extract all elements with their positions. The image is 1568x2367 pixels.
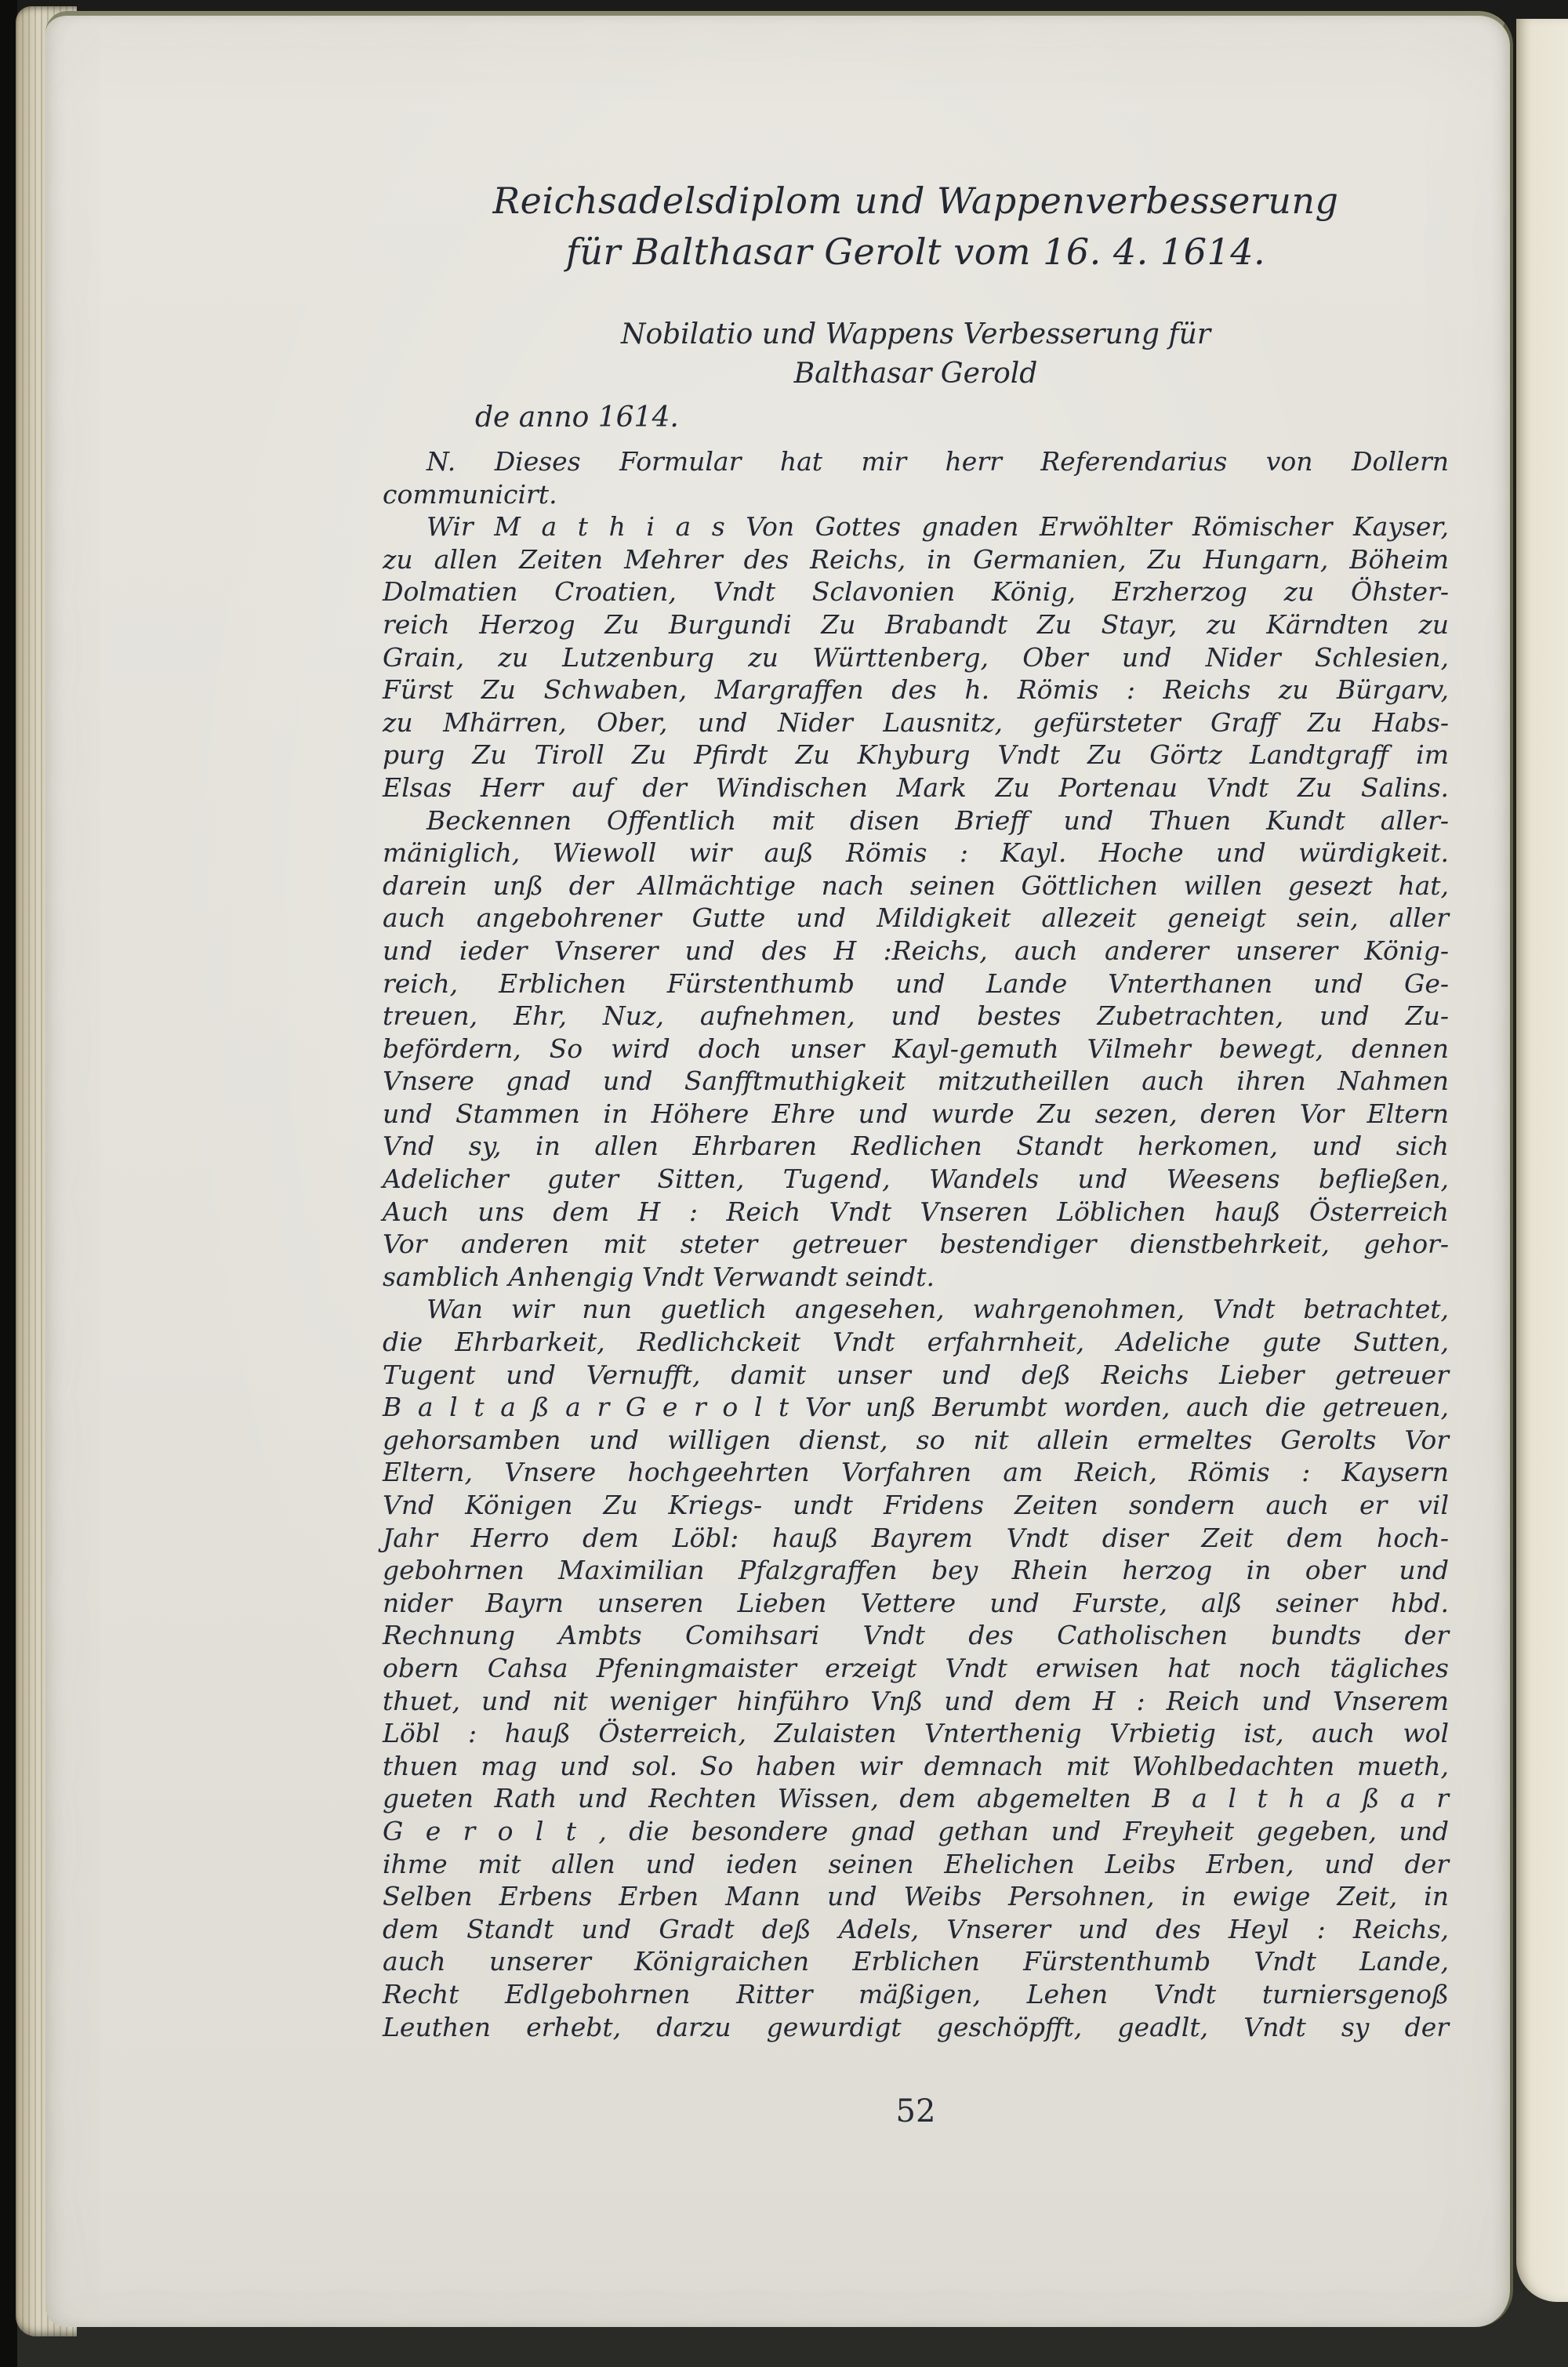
body-text-line: Wir M a t h i a s Von Gottes gnaden Erwö… — [383, 510, 1449, 543]
body-text-line: gebohrnen Maximilian Pfalzgraffen bey Rh… — [383, 1554, 1449, 1587]
body-text-line: Dolmatien Croatien, Vndt Sclavonien Köni… — [383, 575, 1449, 608]
body-text-line: Wan wir nun guetlich angesehen, wahrgeno… — [383, 1293, 1449, 1326]
document-title-line-1: Reichsadelsdiplom und Wappenverbesserung — [383, 176, 1449, 227]
body-text-line: N. Dieses Formular hat mir herr Referend… — [383, 445, 1449, 478]
document-title: Reichsadelsdiplom und Wappenverbesserung… — [383, 176, 1449, 278]
facing-page-edge — [1516, 19, 1568, 2302]
body-text-line: Selben Erbens Erben Mann und Weibs Perso… — [383, 1880, 1449, 1913]
body-text-line: Jahr Herro dem Löbl: hauß Bayrem Vndt di… — [383, 1522, 1449, 1555]
body-text-line: Leuthen erhebt, darzu gewurdigt geschöpf… — [383, 2011, 1449, 2044]
body-text-line: G e r o l t , die besondere gnad gethan … — [383, 1815, 1449, 1848]
body-text-line: Vnsere gnad und Sanfftmuthigkeit mitzuth… — [383, 1065, 1449, 1098]
body-text-line: Eltern, Vnsere hochgeehrten Vorfahren am… — [383, 1456, 1449, 1489]
document-title-line-2: für Balthasar Gerolt vom 16. 4. 1614. — [383, 227, 1449, 278]
body-text-line: die Ehrbarkeit, Redlichckeit Vndt erfahr… — [383, 1326, 1449, 1359]
body-text-line: zu allen Zeiten Mehrer des Reichs, in Ge… — [383, 543, 1449, 576]
body-text-line: thuet, und nit weniger hinführo Vnß und … — [383, 1685, 1449, 1718]
body-text-line: befördern, So wird doch unser Kayl-gemut… — [383, 1033, 1449, 1066]
body-text-line: purg Zu Tiroll Zu Pfirdt Zu Khyburg Vndt… — [383, 739, 1449, 771]
body-text-line: obern Cahsa Pfeningmaister erzeigt Vndt … — [383, 1652, 1449, 1685]
photographed-book-scene: { "document": { "title": [ "Reichsadelsd… — [0, 0, 1568, 2367]
body-text-line: Vor anderen mit steter getreuer bestendi… — [383, 1228, 1449, 1261]
document-subtitle-line-2: Balthasar Gerold — [383, 354, 1449, 394]
body-text-line: communicirt. — [383, 478, 1449, 511]
body-text-line: Vnd sy, in allen Ehrbaren Redlichen Stan… — [383, 1130, 1449, 1163]
body-text-line: mäniglich, Wiewoll wir auß Römis : Kayl.… — [383, 837, 1449, 869]
body-text-line: Löbl : hauß Österreich, Zulaisten Vntert… — [383, 1717, 1449, 1750]
body-text-line: Adelicher guter Sitten, Tugend, Wandels … — [383, 1163, 1449, 1196]
page-text-block: Reichsadelsdiplom und Wappenverbesserung… — [383, 16, 1449, 2327]
body-text-line: zu Mhärren, Ober, und Nider Lausnitz, ge… — [383, 706, 1449, 739]
body-text: N. Dieses Formular hat mir herr Referend… — [383, 445, 1449, 2043]
body-text-line: Vnd Königen Zu Kriegs- undt Fridens Zeit… — [383, 1489, 1449, 1522]
document-subtitle-line-1: Nobilatio und Wappens Verbesserung für — [383, 315, 1449, 354]
body-text-line: Rechnung Ambts Comihsari Vndt des Cathol… — [383, 1619, 1449, 1652]
body-text-line: Fürst Zu Schwaben, Margraffen des h. Röm… — [383, 673, 1449, 706]
body-text-line: auch angebohrener Gutte und Mildigkeit a… — [383, 902, 1449, 935]
body-text-line: gehorsamben und willigen dienst, so nit … — [383, 1424, 1449, 1457]
body-text-line: reich, Erblichen Fürstenthumb und Lande … — [383, 967, 1449, 1000]
body-text-line: treuen, Ehr, Nuz, aufnehmen, und bestes … — [383, 1000, 1449, 1033]
body-text-line: B a l t a ß a r G e r o l t Vor unß Beru… — [383, 1391, 1449, 1424]
body-text-line: Elsas Herr auf der Windischen Mark Zu Po… — [383, 771, 1449, 804]
body-text-line: dem Standt und Gradt deß Adels, Vnserer … — [383, 1913, 1449, 1946]
body-text-line: Auch uns dem H : Reich Vndt Vnseren Löbl… — [383, 1196, 1449, 1229]
body-text-line: und Stammen in Höhere Ehre und wurde Zu … — [383, 1098, 1449, 1131]
body-text-line: Recht Edlgebohrnen Ritter mäßigen, Lehen… — [383, 1978, 1449, 2011]
body-text-line: auch unserer Königraichen Erblichen Fürs… — [383, 1945, 1449, 1978]
body-text-line: gueten Rath und Rechten Wissen, dem abge… — [383, 1782, 1449, 1815]
body-text-line: reich Herzog Zu Burgundi Zu Brabandt Zu … — [383, 608, 1449, 641]
dark-background-left-strip — [0, 0, 17, 2367]
body-text-line: samblich Anhengig Vndt Verwandt seindt. — [383, 1261, 1449, 1294]
body-text-line: darein unß der Allmächtige nach seinen G… — [383, 869, 1449, 902]
body-text-line: Beckennen Offentlich mit disen Brieff un… — [383, 804, 1449, 837]
page-number: 52 — [383, 2093, 1449, 2129]
body-text-line: Grain, zu Lutzenburg zu Württenberg, Obe… — [383, 641, 1449, 674]
body-text-line: ihme mit allen und ieden seinen Eheliche… — [383, 1848, 1449, 1881]
body-text-line: nider Bayrn unseren Lieben Vettere und F… — [383, 1587, 1449, 1620]
body-text-line: und ieder Vnserer und des H :Reichs, auc… — [383, 935, 1449, 967]
document-subtitle: Nobilatio und Wappens Verbesserung für B… — [383, 315, 1449, 394]
body-text-line: thuen mag und sol. So haben wir demnach … — [383, 1750, 1449, 1783]
scanned-book-page: Reichsadelsdiplom und Wappenverbesserung… — [45, 11, 1513, 2327]
dateline: de anno 1614. — [475, 400, 679, 436]
body-text-line: Tugent und Vernufft, damit unser und deß… — [383, 1359, 1449, 1392]
